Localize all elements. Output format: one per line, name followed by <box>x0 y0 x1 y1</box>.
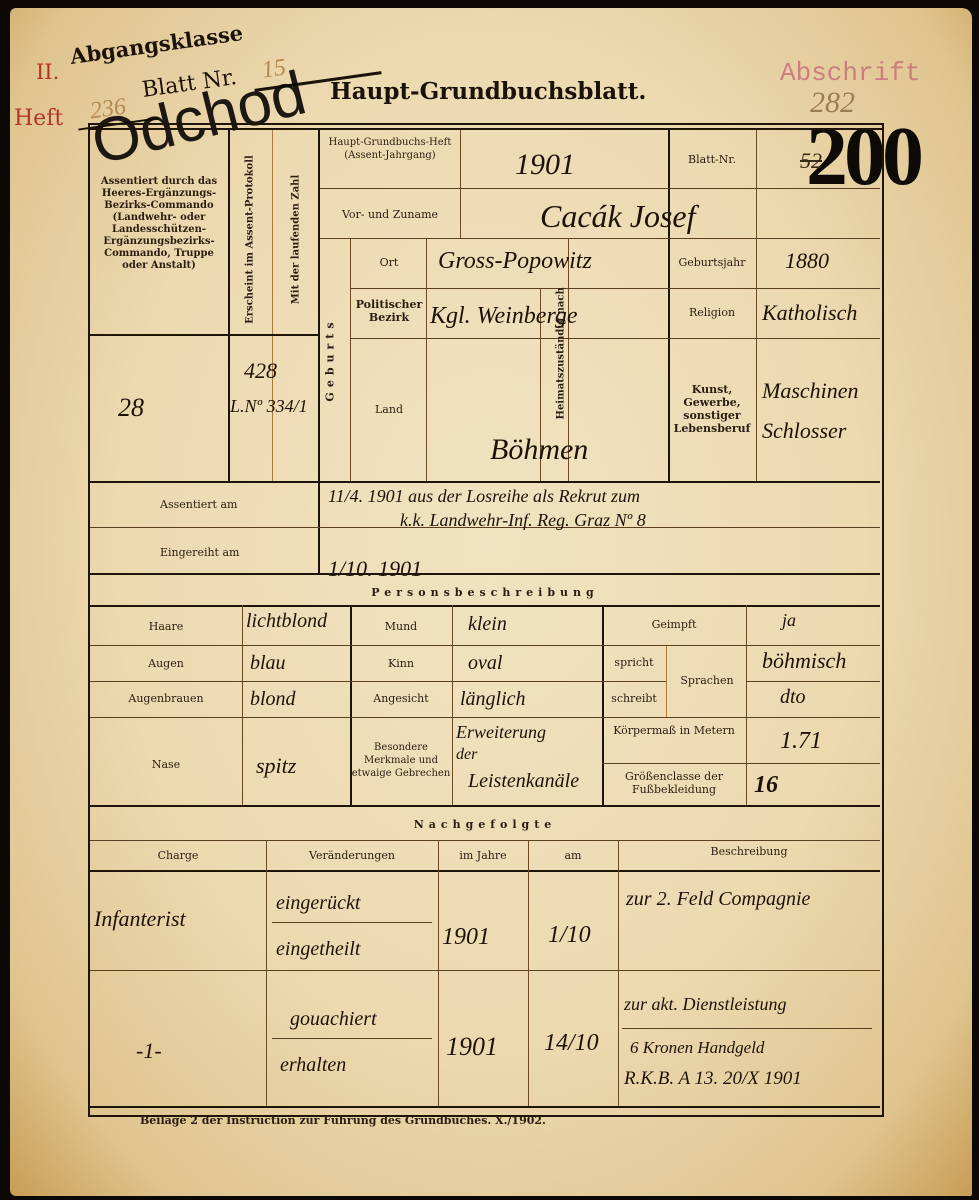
sprachen-label: Sprachen <box>668 674 746 687</box>
row2-beschreibung-line2: 6 Kronen Handgeld <box>630 1038 764 1058</box>
row-divider <box>602 645 880 646</box>
row-divider <box>320 188 880 189</box>
col-divider <box>668 130 670 482</box>
koerpermass-label: Körpermaß in Metern <box>602 724 746 737</box>
angesicht-value: länglich <box>460 688 526 711</box>
assentiert-value-line2: k.k. Landwehr-Inf. Reg. Graz Nº 8 <box>400 510 646 531</box>
row-divider <box>668 338 880 339</box>
col-header-beschreibung: Beschreibung <box>618 845 880 858</box>
row1-am: 1/10 <box>548 922 591 949</box>
row-divider <box>602 763 880 764</box>
footer-text: Beilage 2 der Instruction zur Führung de… <box>140 1114 546 1127</box>
geburtsjahr-label: Geburtsjahr <box>672 256 752 269</box>
row-divider <box>602 681 666 682</box>
col-divider <box>272 130 273 482</box>
row-divider <box>90 870 880 872</box>
personsbeschreibung-title: Personsbeschreibung <box>90 586 880 599</box>
row-divider <box>350 288 668 289</box>
geimpft-value: ja <box>782 610 796 631</box>
col-divider <box>618 840 619 1106</box>
sprachen-value-line1: böhmisch <box>762 648 846 674</box>
mund-value: klein <box>468 613 507 636</box>
merkmale-label: Besondere Merkmale und etwaige Gebrechen <box>350 741 452 780</box>
row1-charge: Infanterist <box>94 906 186 932</box>
col-header-charge: Charge <box>90 849 266 862</box>
heft-label-text: Heft <box>14 106 63 131</box>
schreibt-label: schreibt <box>604 692 664 705</box>
row1-beschreibung-line1: zur 2. Feld Compagnie <box>626 888 810 911</box>
row-divider <box>90 1106 880 1108</box>
nase-label: Nase <box>90 758 242 771</box>
row2-beschreibung-line1: zur akt. Dienstleistung <box>624 994 787 1015</box>
col-divider <box>242 605 243 805</box>
class-label: Abgangsklasse <box>69 20 245 69</box>
blatt-nr-value: 52 <box>800 148 822 174</box>
geimpft-label: Geimpft <box>602 618 746 631</box>
row-divider <box>90 970 880 971</box>
assentiert-label: Assentiert am <box>160 498 237 511</box>
row2-veraenderungen-line1: gouachiert <box>290 1008 377 1031</box>
col-divider <box>528 840 529 1106</box>
erscheint-value: 428 <box>244 358 277 384</box>
col-divider <box>746 605 747 805</box>
document-page: II. Abgangsklasse Heft 236 Blatt Nr. 15 … <box>10 8 972 1196</box>
row2-am: 14/10 <box>544 1030 599 1057</box>
row-divider <box>622 1028 872 1029</box>
class-roman-numeral: II. <box>36 60 59 84</box>
col-header-am: am <box>528 849 618 862</box>
col-divider <box>318 130 320 482</box>
row-divider <box>90 481 880 483</box>
row-divider <box>90 805 880 807</box>
merkmale-value-line3: Leistenkanäle <box>468 770 579 793</box>
geburts-label: Geburts <box>324 315 337 405</box>
beruf-value-line1: Maschinen <box>762 378 859 404</box>
col-divider <box>426 238 427 482</box>
abschrift-stamp: Abschrift <box>780 58 920 88</box>
haare-value: lichtblond <box>246 610 327 633</box>
spricht-label: spricht <box>604 656 664 669</box>
haare-label: Haare <box>90 620 242 633</box>
eingereiht-value: 1/10. 1901 <box>328 556 422 582</box>
row1-veraenderungen-line1: eingerückt <box>276 892 360 915</box>
fuss-label: Größenclasse der Fußbekleidung <box>602 770 746 796</box>
assentiert-durch-label: Assentiert durch das Heeres-Ergänzungs-B… <box>94 176 224 272</box>
col-divider <box>756 130 757 482</box>
page-title: Haupt-Grundbuchsblatt. <box>330 78 646 105</box>
nase-value: spitz <box>256 753 296 779</box>
laufende-zahl-label: Mit der laufenden Zahl <box>290 140 303 340</box>
assentiert-durch-value: 28 <box>118 393 144 423</box>
augenbrauen-label: Augenbrauen <box>90 692 242 705</box>
religion-value: Katholisch <box>762 300 857 326</box>
mund-label: Mund <box>350 620 452 633</box>
land-value: Böhmen <box>490 433 588 467</box>
name-label: Vor- und Zuname <box>322 208 458 221</box>
col-divider <box>452 605 453 805</box>
heimat-label: Heimatszuständig nach <box>555 290 568 420</box>
row-divider <box>90 605 880 607</box>
ort-label: Ort <box>354 256 424 269</box>
row-divider <box>746 681 880 682</box>
sprachen-value-line2: dto <box>780 686 806 709</box>
angesicht-label: Angesicht <box>350 692 452 705</box>
col-divider <box>666 645 667 717</box>
row-divider <box>90 645 602 646</box>
row-divider <box>90 573 880 575</box>
col-header-jahr: im Jahre <box>438 849 528 862</box>
religion-label: Religion <box>672 306 752 319</box>
col-divider <box>438 840 439 1106</box>
row-divider <box>668 288 880 289</box>
col-header-veraenderungen: Veränderungen <box>266 849 438 862</box>
row2-jahr: 1901 <box>446 1032 498 1062</box>
row-divider <box>90 681 602 682</box>
row-divider <box>90 840 880 841</box>
heft-jahrgang-value: 1901 <box>515 148 575 182</box>
row-divider <box>90 334 318 336</box>
name-value: Cacák Josef <box>540 198 696 235</box>
row-divider <box>320 238 880 239</box>
row-divider <box>272 1038 432 1039</box>
row-divider <box>90 717 602 718</box>
merkmale-value-line2: der <box>456 746 477 764</box>
col-divider <box>460 130 461 238</box>
nachgefolgte-title: Nachgefolgte <box>90 818 880 831</box>
geburtsjahr-value: 1880 <box>785 248 829 274</box>
beruf-label: Kunst, Gewerbe, sonstiger Lebensberuf <box>672 383 752 435</box>
row2-veraenderungen-line2: erhalten <box>280 1054 346 1077</box>
bezirk-label: Politischer Bezirk <box>354 298 424 324</box>
laufende-zahl-value: L.Nº 334/1 <box>230 396 308 417</box>
augen-value: blau <box>250 652 286 675</box>
erscheint-label: Erscheint im Assent-Protokoll <box>244 140 257 340</box>
augenbrauen-value: blond <box>250 688 296 711</box>
merkmale-value-line1: Erweiterung <box>456 722 546 743</box>
kinn-label: Kinn <box>350 657 452 670</box>
augen-label: Augen <box>90 657 242 670</box>
eingereiht-label: Eingereiht am <box>160 546 239 559</box>
row2-charge: -1- <box>136 1038 162 1064</box>
beruf-value-line2: Schlosser <box>762 418 846 444</box>
blatt-nr-label: Blatt-Nr. <box>672 153 752 166</box>
fuss-value: 16 <box>754 772 778 799</box>
col-divider <box>266 840 267 1106</box>
assentiert-value-line1: 11/4. 1901 aus der Losreihe als Rekrut z… <box>328 486 640 507</box>
ort-value: Gross-Popowitz <box>438 248 592 275</box>
row1-veraenderungen-line2: eingetheilt <box>276 938 360 961</box>
heft-jahrgang-label: Haupt-Grundbuchs-Heft (Assent-Jahrgang) <box>322 136 458 162</box>
row-divider <box>272 922 432 923</box>
col-divider <box>228 130 230 482</box>
row-divider <box>350 338 668 339</box>
land-label: Land <box>354 403 424 416</box>
frame-top-double <box>88 128 882 130</box>
row2-beschreibung-line3: R.K.B. A 13. 20/X 1901 <box>624 1068 802 1090</box>
row1-jahr: 1901 <box>442 924 490 951</box>
koerpermass-value: 1.71 <box>780 728 822 755</box>
col-divider <box>350 238 351 482</box>
heft-label: Heft <box>14 106 63 131</box>
row-divider <box>602 717 880 718</box>
kinn-value: oval <box>468 652 502 675</box>
